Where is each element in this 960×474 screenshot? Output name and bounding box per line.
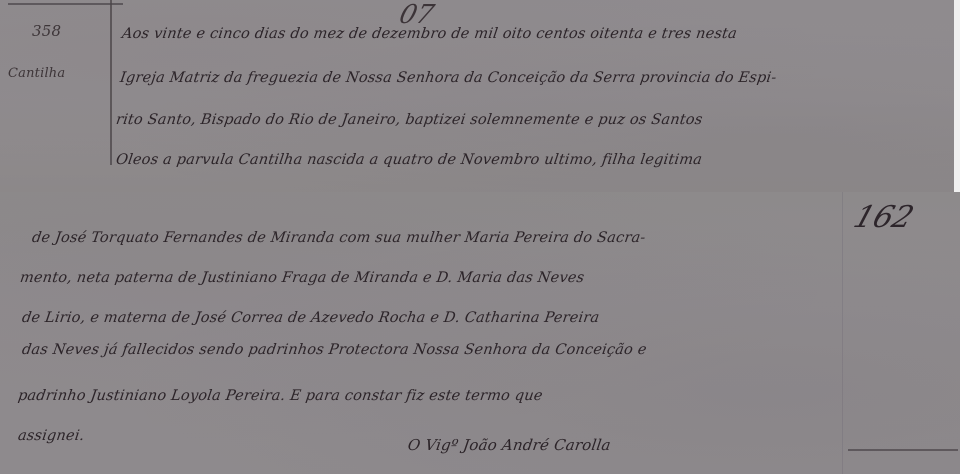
margin-child-name: Cantilha (8, 66, 65, 81)
register-lower-scan: 162 de José Torquato Fernandes de Mirand… (0, 192, 960, 474)
signature-underline (848, 449, 958, 451)
record-line-7: de Lirio, e materna de José Correa de Az… (21, 310, 601, 326)
right-margin-rule (842, 192, 843, 474)
record-line-9: padrinho Justiniano Loyola Pereira. E pa… (17, 388, 544, 404)
record-line-4: Oleos a parvula Cantilha nascida a quatr… (115, 152, 703, 168)
record-line-6: mento, neta paterna de Justiniano Fraga … (19, 270, 585, 286)
record-line-8: das Neves já fallecidos sendo padrinhos … (21, 342, 648, 358)
right-edge-rule (954, 60, 955, 190)
record-line-10: assignei. (17, 428, 86, 444)
margin-rule (110, 0, 112, 165)
page-number: 162 (849, 200, 918, 235)
record-line-1: Aos vinte e cinco dias do mez de dezembr… (121, 26, 738, 42)
entry-number: 358 (32, 22, 61, 40)
header-rule (8, 3, 123, 5)
vicar-signature: O Vigº João André Carolla (407, 436, 612, 454)
register-upper-scan: 07 358 Cantilha Aos vinte e cinco dias d… (0, 0, 960, 192)
record-line-5: de José Torquato Fernandes de Miranda co… (31, 230, 647, 246)
record-line-3: rito Santo, Bispado do Rio de Janeiro, b… (115, 112, 704, 128)
record-line-2: Igreja Matriz da freguezia de Nossa Senh… (119, 70, 778, 86)
